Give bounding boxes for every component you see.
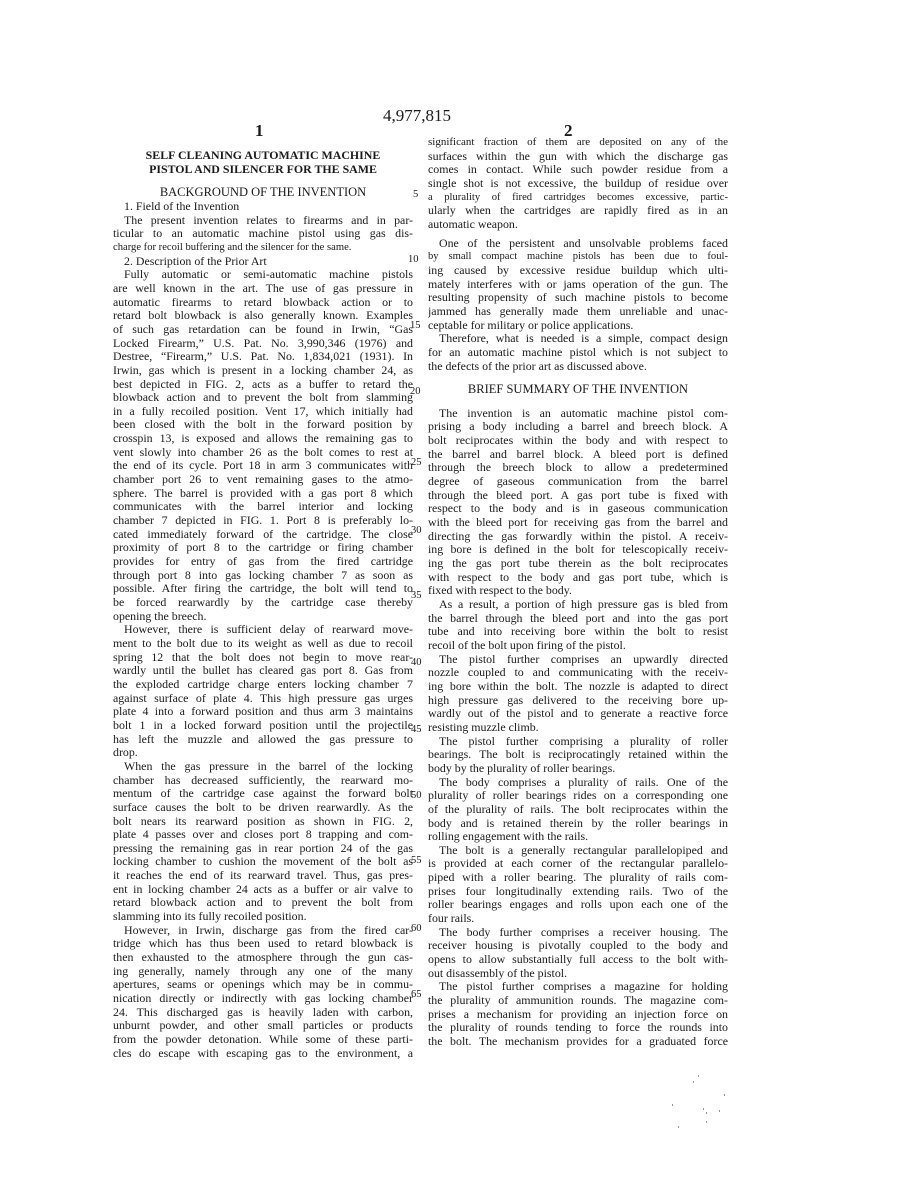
- text-line: of the plurality of rails. The bolt reci…: [428, 803, 728, 817]
- text-line: resulting propensity of such machine pis…: [428, 291, 728, 305]
- text-line: significant fraction of them are deposit…: [428, 136, 728, 150]
- text-line: Therefore, what is needed is a simple, c…: [428, 332, 728, 346]
- right-column: significant fraction of them are deposit…: [428, 136, 728, 1049]
- text-line: it reaches the end of its rearward trave…: [113, 869, 413, 883]
- text-line: opens to allow substantially full access…: [428, 953, 728, 967]
- text-line: from the powder detonation. While some o…: [113, 1033, 413, 1047]
- text-line: The pistol further comprises a magazine …: [428, 980, 728, 994]
- text-line: has left the muzzle and allowed the gas …: [113, 733, 413, 747]
- text-line: communicates with the barrel interior an…: [113, 500, 413, 514]
- text-line: the plurality of rounds tending to force…: [428, 1021, 728, 1035]
- text-line: cated immediately forward of the cartrid…: [113, 528, 413, 542]
- paragraph: The pistol further comprising a pluralit…: [428, 735, 728, 776]
- text-line: vent slowly into chamber 26 as the bolt …: [113, 446, 413, 460]
- text-line: wardly out of the pistol and to generate…: [428, 707, 728, 721]
- scan-speck: [678, 1126, 679, 1128]
- paragraph: The body comprises a plurality of rails.…: [428, 776, 728, 844]
- text-line: jammed has generally made them unreliabl…: [428, 305, 728, 319]
- text-line: the exploded cartridge charge enters loc…: [113, 678, 413, 692]
- text-line: possible. After firing the cartridge, th…: [113, 582, 413, 596]
- text-line: prises a mechanism for providing an inje…: [428, 1008, 728, 1022]
- paragraph-field: The present invention relates to firearm…: [113, 214, 413, 255]
- text-line: chamber port 26 to vent remaining gases …: [113, 473, 413, 487]
- paragraph: The pistol further comprises a magazine …: [428, 980, 728, 1048]
- paragraph: The bolt is a generally rectangular para…: [428, 844, 728, 926]
- text-line: proximity of port 8 to the cartridge or …: [113, 541, 413, 555]
- text-line: prises four longitudinally extending rai…: [428, 885, 728, 899]
- text-line: recoil of the bolt upon firing of the pi…: [428, 639, 728, 653]
- text-line: degree of gaseous communication from the…: [428, 475, 728, 489]
- title-line: SELF CLEANING AUTOMATIC MACHINE: [113, 149, 413, 163]
- text-line: ing bore is defined in the bolt for tele…: [428, 543, 728, 557]
- text-line: ment to the bolt due to its weight as we…: [113, 637, 413, 651]
- scan-speck: [719, 1110, 720, 1112]
- text-line: The bolt is a generally rectangular para…: [428, 844, 728, 858]
- text-line: nozzle coupled to and communicating with…: [428, 666, 728, 680]
- scan-speck: [706, 1121, 707, 1123]
- text-line: ing the gas port tube therein as the bol…: [428, 557, 728, 571]
- line-number: 25: [411, 457, 422, 468]
- scan-speck: [706, 1112, 707, 1114]
- text-line: directing the gas forwardly within the p…: [428, 530, 728, 544]
- text-line: Fully automatic or semi-automatic machin…: [113, 268, 413, 282]
- text-line: opening the breech.: [113, 610, 413, 624]
- paragraph: Therefore, what is needed is a simple, c…: [428, 332, 728, 373]
- text-line: the end of its cycle. Port 18 in arm 3 c…: [113, 459, 413, 473]
- scan-speck: [724, 1094, 725, 1096]
- text-line: bearings. The bolt is reciprocatingly re…: [428, 748, 728, 762]
- text-line: roller bearings engages and rolls upon e…: [428, 898, 728, 912]
- text-line: wardly until the bullet has cleared gas …: [113, 664, 413, 678]
- text-line: ing bore within the bolt. The nozzle is …: [428, 680, 728, 694]
- text-line: blowback action and to prevent the bolt …: [113, 391, 413, 405]
- text-line: crosspin 13, is exposed and allows the r…: [113, 432, 413, 446]
- text-line: cles do escape with escaping gas to the …: [113, 1047, 413, 1061]
- paragraph-prior-art-1: Fully automatic or semi-automatic machin…: [113, 268, 413, 623]
- scan-speck: [672, 1104, 673, 1106]
- text-line: The present invention relates to firearm…: [113, 214, 413, 228]
- text-line: The invention is an automatic machine pi…: [428, 407, 728, 421]
- text-line: ularly when the cartridges are rapidly f…: [428, 204, 728, 218]
- text-line: The body comprises a plurality of rails.…: [428, 776, 728, 790]
- text-line: mately interferes with or jams operation…: [428, 278, 728, 292]
- text-line: The pistol further comprises an upwardly…: [428, 653, 728, 667]
- text-line: through the bleed port. A gas port tube …: [428, 489, 728, 503]
- text-line: retard bolt blowback is also generally k…: [113, 309, 413, 323]
- text-line: However, in Irwin, discharge gas from th…: [113, 924, 413, 938]
- line-number: 55: [411, 855, 422, 866]
- text-line: against surface of plate 4. This high pr…: [113, 692, 413, 706]
- text-line: surfaces within the gun with which the d…: [428, 150, 728, 164]
- text-line: the bolt. The mechanism provides for a g…: [428, 1035, 728, 1049]
- line-number: 65: [411, 989, 422, 1000]
- text-line: locking chamber to cushion the movement …: [113, 855, 413, 869]
- paragraph: The body further comprises a receiver ho…: [428, 926, 728, 981]
- text-line: automatic firearms to retard blowback ac…: [113, 296, 413, 310]
- text-line: plate 4 passes over and closes port 8 tr…: [113, 828, 413, 842]
- text-line: best depicted in FIG. 2, acts as a buffe…: [113, 378, 413, 392]
- text-line: ent in locking chamber 24 acts as a buff…: [113, 883, 413, 897]
- line-number: 40: [411, 657, 422, 668]
- text-line: with the bleed port for receiving gas fr…: [428, 516, 728, 530]
- patent-number: 4,977,815: [383, 106, 451, 126]
- text-line: high pressure gas delivered to the recei…: [428, 694, 728, 708]
- text-line: One of the persistent and unsolvable pro…: [428, 237, 728, 251]
- text-line: mentum of the cartridge case against the…: [113, 787, 413, 801]
- paragraph: The pistol further comprises an upwardly…: [428, 653, 728, 735]
- text-line: ing generally, namely through any one of…: [113, 965, 413, 979]
- paragraph: significant fraction of them are deposit…: [428, 136, 728, 232]
- line-number: 30: [411, 525, 422, 536]
- text-line: in a fully recoiled position. Vent 17, w…: [113, 405, 413, 419]
- text-line: ceptable for military or police applicat…: [428, 319, 728, 333]
- scan-speck: [693, 1081, 694, 1083]
- invention-title: SELF CLEANING AUTOMATIC MACHINE PISTOL A…: [113, 149, 413, 176]
- text-line: ing caused by excessive residue buildup …: [428, 264, 728, 278]
- text-line: apertures, seams or openings which may b…: [113, 978, 413, 992]
- text-line: tube and into receiving bore within the …: [428, 625, 728, 639]
- line-number: 35: [411, 590, 422, 601]
- text-line: for an automatic machine pistol which is…: [428, 346, 728, 360]
- line-number: 50: [411, 790, 422, 801]
- text-line: with respect to the body and gas port tu…: [428, 571, 728, 585]
- text-line: nication directly or indirectly with gas…: [113, 992, 413, 1006]
- subheading-field: 1. Field of the Invention: [113, 200, 413, 214]
- text-line: provides for entry of gas from the fired…: [113, 555, 413, 569]
- text-line: sphere. The barrel is provided with a ga…: [113, 487, 413, 501]
- line-number: 10: [408, 254, 419, 265]
- paragraph: The invention is an automatic machine pi…: [428, 407, 728, 598]
- text-line: When the gas pressure in the barrel of t…: [113, 760, 413, 774]
- text-line: are well known in the art. The use of ga…: [113, 282, 413, 296]
- text-line: charge for recoil buffering and the sile…: [113, 241, 413, 255]
- text-line: chamber has decreased sufficiently, the …: [113, 774, 413, 788]
- text-line: by small compact machine pistols has bee…: [428, 250, 728, 264]
- text-line: the defects of the prior art as discusse…: [428, 360, 728, 374]
- text-line: bolt reciprocates within the body and wi…: [428, 434, 728, 448]
- text-line: The pistol further comprising a pluralit…: [428, 735, 728, 749]
- paragraph: One of the persistent and unsolvable pro…: [428, 237, 728, 333]
- line-number: 15: [410, 320, 421, 331]
- text-line: receiver housing is pivotally coupled to…: [428, 939, 728, 953]
- text-line: four rails.: [428, 912, 728, 926]
- subheading-prior-art: 2. Description of the Prior Art: [113, 255, 413, 269]
- scan-speck: [703, 1108, 704, 1110]
- text-line: bolt nears its rearward position as show…: [113, 815, 413, 829]
- text-line: out disassembly of the pistol.: [428, 967, 728, 981]
- text-line: retard blowback action and to prevent th…: [113, 896, 413, 910]
- text-line: resisting muzzle climb.: [428, 721, 728, 735]
- text-line: Irwin, gas which is present in a locking…: [113, 364, 413, 378]
- text-line: the barrel and barrel block. A bleed por…: [428, 448, 728, 462]
- text-line: pressing the remaining gas in rear porti…: [113, 842, 413, 856]
- text-line: body by the plurality of roller bearings…: [428, 762, 728, 776]
- text-line: slamming into its fully recoiled positio…: [113, 910, 413, 924]
- line-number: 5: [413, 189, 418, 200]
- text-line: The body further comprises a receiver ho…: [428, 926, 728, 940]
- text-line: the barrel through the bleed port and in…: [428, 612, 728, 626]
- text-line: the plurality of ammunition rounds. The …: [428, 994, 728, 1008]
- text-line: Locked Firearm,” U.S. Pat. No. 3,990,346…: [113, 337, 413, 351]
- section-heading-background: BACKGROUND OF THE INVENTION: [113, 186, 413, 200]
- text-line: a plurality of fired cartridges becomes …: [428, 191, 728, 205]
- title-line: PISTOL AND SILENCER FOR THE SAME: [113, 163, 413, 177]
- text-line: comes in contact. While such powder resi…: [428, 163, 728, 177]
- line-number: 45: [411, 724, 422, 735]
- section-heading-summary: BRIEF SUMMARY OF THE INVENTION: [428, 383, 728, 397]
- scan-speck: [698, 1075, 699, 1077]
- paragraph-prior-art-2: However, there is sufficient delay of re…: [113, 623, 413, 760]
- text-line: surface causes the bolt to be driven rea…: [113, 801, 413, 815]
- text-line: spring 12 that the bolt does not begin t…: [113, 651, 413, 665]
- text-line: bolt 1 in a locked forward position unti…: [113, 719, 413, 733]
- text-line: single shot is not excessive, the buildu…: [428, 177, 728, 191]
- text-line: of such gas retardation can be found in …: [113, 323, 413, 337]
- text-line: ticular to an automatic machine pistol u…: [113, 227, 413, 241]
- paragraph-prior-art-3: When the gas pressure in the barrel of t…: [113, 760, 413, 924]
- text-line: prising a body including a barrel and br…: [428, 420, 728, 434]
- text-line: be forced rearwardly by the cartridge ca…: [113, 596, 413, 610]
- text-line: been closed with the bolt in the forward…: [113, 418, 413, 432]
- text-line: fixed with respect to the body.: [428, 584, 728, 598]
- text-line: However, there is sufficient delay of re…: [113, 623, 413, 637]
- text-line: plurality of roller bearings rides on a …: [428, 789, 728, 803]
- line-number: 60: [411, 923, 422, 934]
- text-line: unburnt powder, and other small particle…: [113, 1019, 413, 1033]
- left-column: SELF CLEANING AUTOMATIC MACHINE PISTOL A…: [113, 149, 413, 1060]
- paragraph: As a result, a portion of high pressure …: [428, 598, 728, 653]
- text-line: Destree, “Firearm,” U.S. Pat. No. 1,834,…: [113, 350, 413, 364]
- line-number: 20: [410, 386, 421, 397]
- text-line: 24. This discharged gas is heavily laden…: [113, 1006, 413, 1020]
- text-line: through the breech block to allow a pred…: [428, 461, 728, 475]
- text-line: rolling engagement with the rails.: [428, 830, 728, 844]
- text-line: respect to the body and is in gaseous co…: [428, 502, 728, 516]
- text-line: piped with a roller bearing. The plurali…: [428, 871, 728, 885]
- paragraph-prior-art-4: However, in Irwin, discharge gas from th…: [113, 924, 413, 1061]
- text-line: chamber 7 depicted in FIG. 1. Port 8 is …: [113, 514, 413, 528]
- text-line: tridge which has thus been used to retar…: [113, 937, 413, 951]
- column-number-1: 1: [255, 121, 264, 141]
- text-line: through port 8 into gas locking chamber …: [113, 569, 413, 583]
- text-line: drop.: [113, 746, 413, 760]
- text-line: automatic weapon.: [428, 218, 728, 232]
- text-line: As a result, a portion of high pressure …: [428, 598, 728, 612]
- text-line: plate 4 into a forward position and thus…: [113, 705, 413, 719]
- text-line: is provided at each corner of the rectan…: [428, 857, 728, 871]
- text-line: then exhausted to the atmosphere through…: [113, 951, 413, 965]
- text-line: body and is retained therein by the roll…: [428, 817, 728, 831]
